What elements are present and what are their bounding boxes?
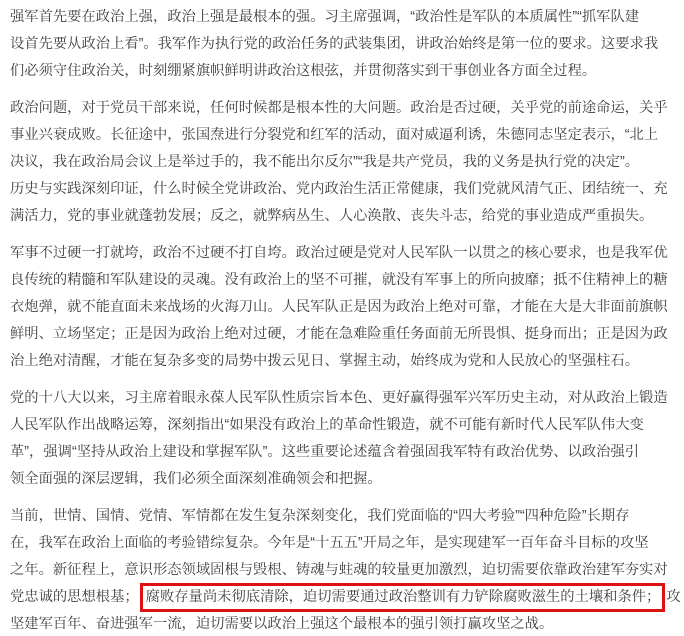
text-line: 当前，世情、国情、党情、军情都在发生复杂深刻变化，我们党面临的“四大考验”“四种… bbox=[10, 503, 672, 530]
paragraph: 当前，世情、国情、党情、军情都在发生复杂深刻变化，我们党面临的“四大考验”“四种… bbox=[10, 503, 672, 636]
text-line: 们必须守住政治关，时刻绷紧旗帜鲜明讲政治这根弦，并贯彻落实到干事创业各方面全过程… bbox=[10, 58, 672, 85]
paragraph: 党的十八大以来，习主席着眼永葆人民军队性质宗旨本色、更好赢得强军兴军历史主动，对… bbox=[10, 385, 672, 493]
article-body: 强军首先要在政治上强，政治上强是最根本的强。习主席强调，“政治性是军队的本质属性… bbox=[0, 0, 684, 636]
text-segment: 攻 bbox=[666, 589, 680, 605]
text-line: 人民军队作出战略运筹，深刻指出“如果没有政治上的革命性锻造，就不可能有新时代人民… bbox=[10, 412, 672, 439]
text-line: 革”，强调“坚持从政治上建设和掌握军队”。这些重要论述蕴含着强固我军特有政治优势… bbox=[10, 439, 672, 466]
paragraph: 军事不过硬一打就垮，政治不过硬不打自垮。政治过硬是党对人民军队一以贯之的核心要求… bbox=[10, 240, 672, 375]
text-line: 在，我军在政治上面临的考验错综复杂。今年是“十五五”开局之年，是实现建军一百年奋… bbox=[10, 530, 672, 557]
text-line: 历史与实践深刻印证，什么时候全党讲政治、党内政治生活正常健康，我们党就风清气正、… bbox=[10, 176, 672, 203]
text-line: 决议，我在政治局会议上是举过手的，我不能出尔反尔”“我是共产党员，我的义务是执行… bbox=[10, 149, 672, 176]
text-line: 军事不过硬一打就垮，政治不过硬不打自垮。政治过硬是党对人民军队一以贯之的核心要求… bbox=[10, 240, 672, 267]
text-line: 满活力，党的事业就蓬勃发展；反之，就弊病丛生、人心涣散、丧失斗志，给党的事业造成… bbox=[10, 203, 672, 230]
text-line: 党的十八大以来，习主席着眼永葆人民军队性质宗旨本色、更好赢得强军兴军历史主动，对… bbox=[10, 385, 672, 412]
text-line-with-highlight: 党忠诚的思想根基；腐败存量尚未彻底清除，迫切需要通过政治整训有力铲除腐败滋生的土… bbox=[10, 584, 672, 611]
text-line: 事业兴衰成败。长征途中，张国焘进行分裂党和红军的活动，面对威逼利诱，朱德同志坚定… bbox=[10, 122, 672, 149]
paragraph: 强军首先要在政治上强，政治上强是最根本的强。习主席强调，“政治性是军队的本质属性… bbox=[10, 4, 672, 85]
text-line: 政治问题，对于党员干部来说，任何时候都是根本性的大问题。政治是否过硬，关乎党的前… bbox=[10, 95, 672, 122]
text-line: 治上绝对清醒，才能在复杂多变的局势中拨云见日、掌握主动，始终成为党和人民放心的坚… bbox=[10, 348, 672, 375]
paragraph: 政治问题，对于党员干部来说，任何时候都是根本性的大问题。政治是否过硬，关乎党的前… bbox=[10, 95, 672, 230]
red-highlight-box: 腐败存量尚未彻底清除，迫切需要通过政治整训有力铲除腐败滋生的土壤和条件； bbox=[140, 583, 666, 612]
text-line: 设首先要从政治上看”。我军作为执行党的政治任务的武装集团，讲政治始终是第一位的要… bbox=[10, 31, 672, 58]
text-segment: 党忠诚的思想根基； bbox=[10, 589, 139, 605]
text-line: 坚建军百年、奋进强军一流，迫切需要以政治上强这个最根本的强引领打赢攻坚之战。 bbox=[10, 611, 672, 636]
text-line: 领全面强的深层逻辑，我们必须全面深刻准确领会和把握。 bbox=[10, 466, 672, 493]
text-line: 鲜明、立场坚定；正是因为政治上绝对过硬，才能在急难险重任务面前无所畏惧、挺身而出… bbox=[10, 321, 672, 348]
text-line: 良传统的精髓和军队建设的灵魂。没有政治上的坚不可摧，就没有军事上的所向披靡；抵不… bbox=[10, 267, 672, 294]
text-line: 衣炮弹，就不能直面未来战场的火海刀山。人民军队正是因为政治上绝对可靠，才能在大是… bbox=[10, 294, 672, 321]
text-line: 之年。新征程上，意识形态领域固根与毁根、铸魂与蛀魂的较量更加激烈，迫切需要依靠政… bbox=[10, 557, 672, 584]
text-line: 强军首先要在政治上强，政治上强是最根本的强。习主席强调，“政治性是军队的本质属性… bbox=[10, 4, 672, 31]
